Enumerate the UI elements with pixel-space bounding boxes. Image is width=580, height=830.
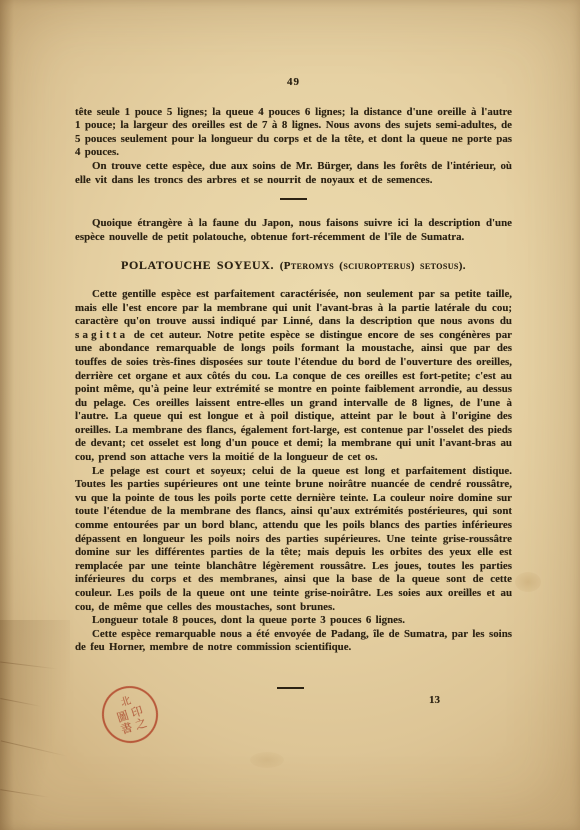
page-crease — [0, 661, 58, 669]
paragraph-provenance: Cette espèce remarquable nous a été envo… — [75, 628, 512, 655]
species-heading: POLATOUCHE SOYEUX. (Pteromys (sciuropter… — [75, 259, 512, 274]
page-crease — [0, 698, 41, 707]
scanned-page: 49 tête seule 1 pouce 5 lignes; la queue… — [0, 0, 580, 830]
stamp-characters: 圖書 印之 — [115, 704, 148, 736]
paper-stain — [250, 752, 284, 768]
page-crease — [1, 740, 67, 756]
page-number: 49 — [75, 76, 512, 90]
paragraph-habitat: On trouve cette espèce, due aux soins de… — [75, 160, 512, 187]
signature-mark: 13 — [429, 694, 440, 706]
paragraph-intro-sumatra: Quoique étrangère à la faune du Japon, n… — [75, 217, 512, 244]
description-text-after: de cet auteur. Notre petite espèce se di… — [75, 329, 512, 463]
page-crease — [0, 789, 50, 798]
end-divider — [277, 687, 304, 689]
paragraph-longueur: Longueur totale 8 pouces, dont la queue … — [75, 614, 512, 628]
library-stamp: 北 圖書 印之 — [95, 679, 166, 751]
section-divider — [280, 198, 307, 200]
species-heading-french: POLATOUCHE SOYEUX. — [121, 258, 274, 272]
description-text-before: Cette gentille espèce est parfaitement c… — [75, 288, 512, 327]
sagitta-emphasis: sagitta — [75, 329, 128, 341]
page-edge-shadow — [0, 0, 14, 830]
species-heading-latin: (Pteromys (sciuropterus) setosus). — [280, 260, 466, 272]
text-block: 49 tête seule 1 pouce 5 lignes; la queue… — [75, 0, 512, 655]
paragraph-pelage: Le pelage est court et soyeux; celui de … — [75, 465, 512, 615]
page-curl-shadow — [0, 620, 70, 830]
paragraph-description: Cette gentille espèce est parfaitement c… — [75, 288, 512, 465]
paragraph-measurements: tête seule 1 pouce 5 lignes; la queue 4 … — [75, 106, 512, 160]
paper-stain — [515, 572, 541, 592]
